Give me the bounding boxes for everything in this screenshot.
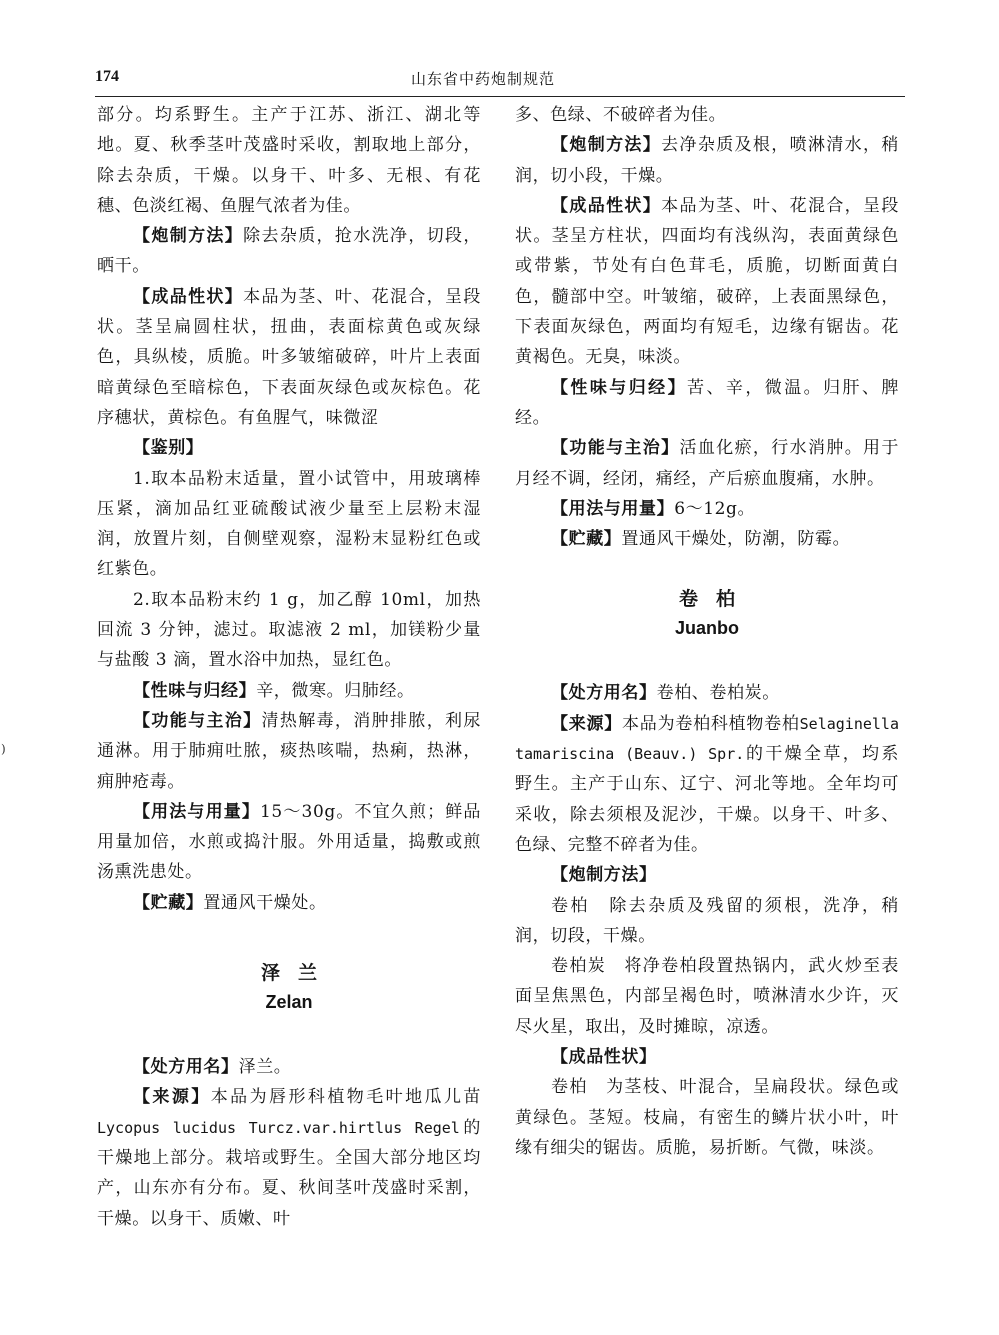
section-label: 【炮制方法】 (551, 135, 661, 155)
continuation-text: 多、色绿、不破碎者为佳。 (515, 100, 899, 130)
entry-pinyin: Zelan (97, 988, 481, 1016)
section-processing: 【炮制方法】 (515, 860, 899, 890)
entry-title: 卷柏 (515, 584, 899, 614)
section-label: 【处方用名】 (551, 683, 657, 703)
section-text: 本品为唇形科植物毛叶地瓜儿苗 (211, 1087, 481, 1107)
section-label: 【功能与主治】 (551, 438, 680, 458)
section-label: 【性味与归经】 (551, 378, 687, 398)
properties-item: 卷柏 为茎枝、叶混合，呈扁段状。绿色或黄绿色。茎短。枝扁，有密生的鳞片状小叶，叶… (515, 1072, 899, 1163)
section-label: 【成品性状】 (551, 196, 661, 216)
section-processing: 【炮制方法】除去杂质，抢水洗净，切段，晒干。 (97, 221, 481, 282)
section-label: 【来源】 (551, 714, 622, 734)
section-label: 【成品性状】 (133, 287, 243, 307)
section-source: 【来源】本品为卷柏科植物卷柏Selaginella tamariscina (B… (515, 709, 899, 860)
section-label: 【鉴别】 (133, 438, 203, 458)
section-label: 【炮制方法】 (133, 226, 243, 246)
item-name: 卷柏炭 (551, 956, 606, 976)
section-text: 卷柏、卷柏炭。 (657, 683, 780, 703)
section-nature: 【性味与归经】苦、辛，微温。归肝、脾经。 (515, 373, 899, 434)
section-label: 【炮制方法】 (551, 865, 657, 885)
entry-title: 泽兰 (97, 958, 481, 988)
right-column: 多、色绿、不破碎者为佳。 【炮制方法】去净杂质及根，喷淋清水，稍润，切小段，干燥… (515, 100, 899, 1163)
continuation-text: 部分。均系野生。主产于江苏、浙江、湖北等地。夏、秋季茎叶茂盛时采收，割取地上部分… (97, 100, 481, 221)
section-label: 【用法与用量】 (133, 802, 260, 822)
section-properties: 【成品性状】本品为茎、叶、花混合，呈段状。茎呈扁圆柱状，扭曲，表面棕黄色或灰绿色… (97, 282, 481, 433)
section-label: 【性味与归经】 (133, 681, 256, 701)
section-properties: 【成品性状】 (515, 1042, 899, 1072)
section-storage: 【贮藏】置通风干燥处，防潮，防霉。 (515, 524, 899, 554)
section-text: 本品为茎、叶、花混合，呈段状。茎呈扁圆柱状，扭曲，表面棕黄色或灰绿色，具纵棱，质… (97, 287, 481, 428)
section-text: 辛，微寒。归肺经。 (256, 681, 414, 701)
section-text: 置通风干燥处，防潮，防霉。 (621, 529, 850, 549)
item-name: 卷柏 (551, 896, 590, 916)
section-properties: 【成品性状】本品为茎、叶、花混合，呈段状。茎呈方柱状，四面均有浅纵沟，表面黄绿色… (515, 191, 899, 373)
section-identification: 【鉴别】 (97, 433, 481, 463)
identification-item: 1.取本品粉末适量，置小试管中，用玻璃棒压紧，滴加品红亚硫酸试液少量至上层粉末湿… (97, 464, 481, 585)
header-rule (95, 96, 905, 97)
section-text: 置通风干燥处。 (203, 893, 326, 913)
section-label: 【贮藏】 (133, 893, 203, 913)
section-label: 【功能与主治】 (133, 711, 262, 731)
section-prescription-name: 【处方用名】卷柏、卷柏炭。 (515, 678, 899, 708)
running-title: 山东省中药炮制规范 (411, 68, 555, 89)
section-label: 【用法与用量】 (551, 499, 674, 519)
margin-mark: ) (1, 742, 6, 756)
section-function: 【功能与主治】活血化瘀，行水消肿。用于月经不调，经闭，痛经，产后瘀血腹痛，水肿。 (515, 433, 899, 494)
section-label: 【来源】 (133, 1087, 211, 1107)
section-text: 泽兰。 (239, 1057, 292, 1077)
section-text: 本品为卷柏科植物卷柏 (622, 714, 800, 734)
section-label: 【贮藏】 (551, 529, 621, 549)
section-prescription-name: 【处方用名】泽兰。 (97, 1052, 481, 1082)
page-header: 174 山东省中药炮制规范 (95, 62, 905, 92)
item-name: 卷柏 (551, 1077, 588, 1097)
section-storage: 【贮藏】置通风干燥处。 (97, 888, 481, 918)
latin-name: Lycopus lucidus Turcz.var.hirtlus Regel (97, 1119, 460, 1137)
section-source: 【来源】本品为唇形科植物毛叶地瓜儿苗Lycopus lucidus Turcz.… (97, 1082, 481, 1233)
section-dosage: 【用法与用量】15～30g。不宜久煎；鲜品用量加倍，水煎或捣汁服。外用适量，捣敷… (97, 797, 481, 888)
section-dosage: 【用法与用量】6～12g。 (515, 494, 899, 524)
section-label: 【处方用名】 (133, 1057, 239, 1077)
section-nature: 【性味与归经】辛，微寒。归肺经。 (97, 676, 481, 706)
page-number: 174 (95, 68, 119, 86)
section-text: 本品为茎、叶、花混合，呈段状。茎呈方柱状，四面均有浅纵沟，表面黄绿色或带紫，节处… (515, 196, 899, 367)
processing-item: 卷柏 除去杂质及残留的须根，洗净，稍润，切段，干燥。 (515, 891, 899, 952)
processing-item: 卷柏炭 将净卷柏段置热锅内，武火炒至表面呈焦黑色，内部呈褐色时，喷淋清水少许，灭… (515, 951, 899, 1042)
section-function: 【功能与主治】清热解毒，消肿排脓，利尿通淋。用于肺痈吐脓，痰热咳喘，热痢，热淋，… (97, 706, 481, 797)
section-text: 6～12g。 (674, 499, 755, 519)
left-column: 部分。均系野生。主产于江苏、浙江、湖北等地。夏、秋季茎叶茂盛时采收，割取地上部分… (97, 100, 481, 1234)
identification-item: 2.取本品粉末约 1 g，加乙醇 10ml，加热回流 3 分钟，滤过。取滤液 2… (97, 585, 481, 676)
section-label: 【成品性状】 (551, 1047, 657, 1067)
entry-pinyin: Juanbo (515, 614, 899, 642)
section-processing: 【炮制方法】去净杂质及根，喷淋清水，稍润，切小段，干燥。 (515, 130, 899, 191)
